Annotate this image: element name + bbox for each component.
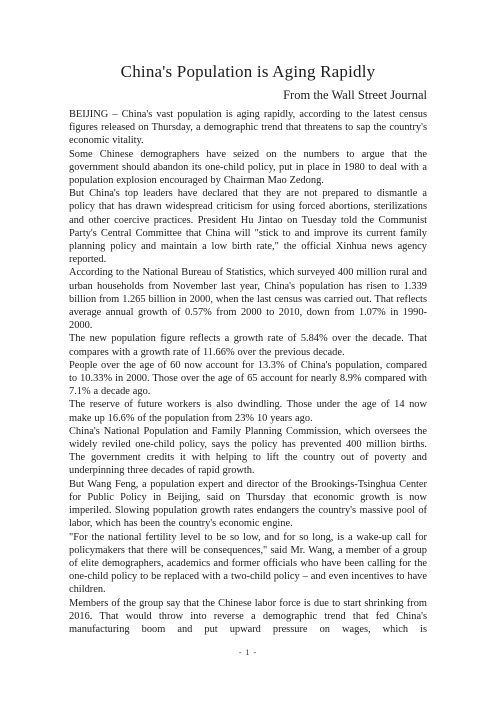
paragraph-7: The reserve of future workers is also dw… xyxy=(69,398,427,424)
byline: From the Wall Street Journal xyxy=(69,86,427,104)
paragraph-6: People over the age of 60 now account fo… xyxy=(69,359,427,399)
paragraph-10: "For the national fertility level to be … xyxy=(69,531,427,597)
paragraph-5: The new population figure reflects a gro… xyxy=(69,332,427,358)
document-page: China's Population is Aging Rapidly From… xyxy=(0,0,496,702)
paragraph-9: But Wang Feng, a population expert and d… xyxy=(69,478,427,531)
page-title: China's Population is Aging Rapidly xyxy=(69,60,427,83)
paragraph-11: Members of the group say that the Chines… xyxy=(69,597,427,637)
page-number-footer: - 1 - xyxy=(0,648,496,657)
paragraph-1: BEIJING – China's vast population is agi… xyxy=(69,108,427,148)
paragraph-8: China's National Population and Family P… xyxy=(69,425,427,478)
paragraph-4: According to the National Bureau of Stat… xyxy=(69,266,427,332)
paragraph-3: But China's top leaders have declared th… xyxy=(69,187,427,266)
article-body: BEIJING – China's vast population is agi… xyxy=(69,108,427,636)
paragraph-2: Some Chinese demographers have seized on… xyxy=(69,148,427,188)
